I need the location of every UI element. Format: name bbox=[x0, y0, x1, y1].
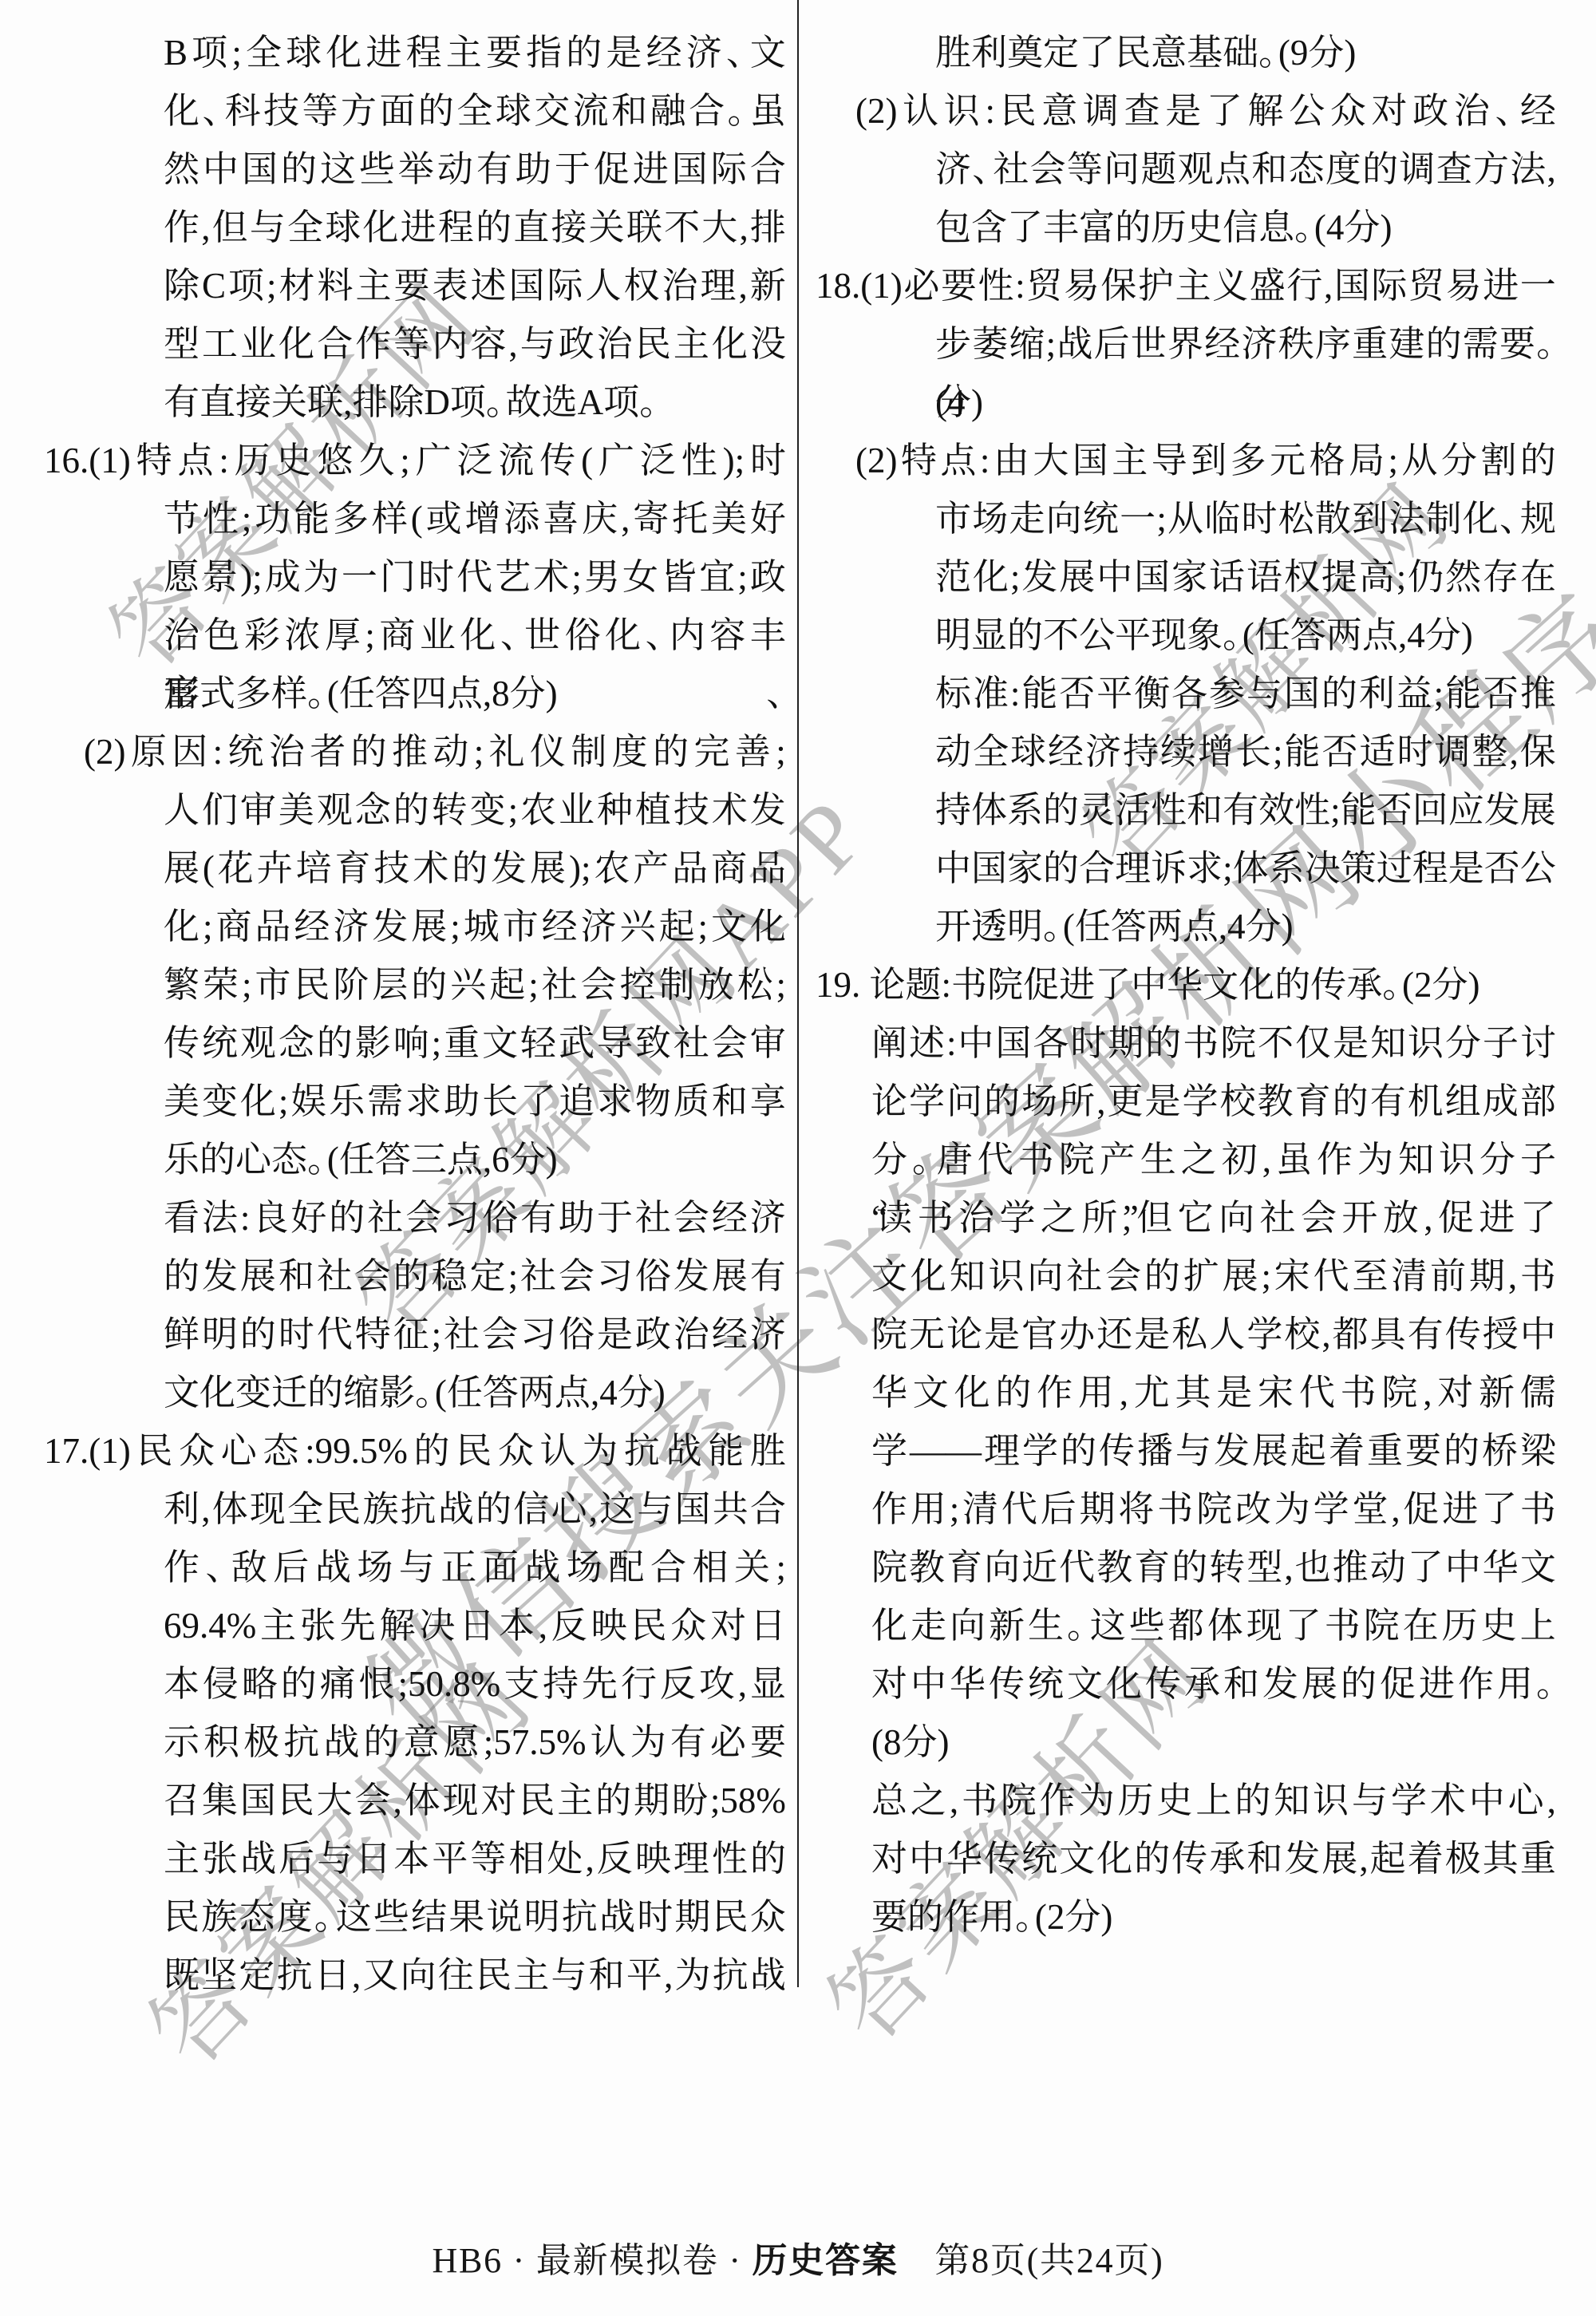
text-line: B项;全球化进程主要指的是经济、文 bbox=[164, 24, 786, 82]
text-line: 作、敌后战场与正面战场配合相关; bbox=[164, 1539, 786, 1597]
text-line: 对中华传统文化的传承和发展,起着极其重 bbox=[871, 1830, 1556, 1888]
text-line: 美变化;娱乐需求助长了追求物质和享 bbox=[164, 1073, 786, 1131]
text-line: 要的作用。(2分) bbox=[871, 1888, 1556, 1946]
text-line: 人们审美观念的转变;农业种植技术发 bbox=[164, 781, 786, 840]
text-line: 标准:能否平衡各参与国的利益;能否推 bbox=[935, 665, 1556, 723]
page-footer: HB6 · 最新模拟卷 · 历史答案 第8页(共24页) bbox=[0, 2231, 1596, 2282]
text-line: 包含了丰富的历史信息。(4分) bbox=[935, 199, 1556, 257]
text-line: 然中国的这些举动有助于促进国际合 bbox=[164, 140, 786, 199]
text-line: 18.(1)必要性:贸易保护主义盛行,国际贸易进一 bbox=[816, 257, 1556, 315]
answer-sheet-page: 答案解析网答案解析网APP答案解析网微信搜索关注答案解析网小程序答案解析网答案解… bbox=[0, 0, 1596, 2316]
text-line: 济、社会等问题观点和态度的调查方法, bbox=[935, 140, 1556, 199]
text-line: (2)特点:由大国主导到多元格局;从分割的 bbox=[855, 432, 1556, 490]
text-line: 召集国民大会,体现对民主的期盼;58% bbox=[164, 1772, 786, 1830]
text-line: 鲜明的时代特征;社会习俗是政治经济 bbox=[164, 1306, 786, 1364]
text-line: 16.(1)特点:历史悠久;广泛流传(广泛性);时 bbox=[44, 432, 786, 490]
text-line: 胜利奠定了民意基础。(9分) bbox=[935, 24, 1556, 82]
text-line: 阐述:中国各时期的书院不仅是知识分子讨 bbox=[871, 1014, 1556, 1073]
text-line: 学——理学的传播与发展起着重要的桥梁 bbox=[871, 1422, 1556, 1480]
text-line: 文化变迁的缩影。(任答两点,4分) bbox=[164, 1364, 786, 1422]
text-line: 展(花卉培育技术的发展);农产品商品 bbox=[164, 840, 786, 898]
text-line: 作,但与全球化进程的直接关联不大,排 bbox=[164, 199, 786, 257]
text-line: 的发展和社会的稳定;社会习俗发展有 bbox=[164, 1247, 786, 1306]
text-line: 院无论是官办还是私人学校,都具有传授中 bbox=[871, 1306, 1556, 1364]
text-line: 利,体现全民族抗战的信心,这与国共合 bbox=[164, 1480, 786, 1539]
text-line: 对中华传统文化传承和发展的促进作用。 bbox=[871, 1655, 1556, 1713]
text-line: 示积极抗战的意愿;57.5%认为有必要 bbox=[164, 1713, 786, 1772]
text-line: 主张战后与日本平等相处,反映理性的 bbox=[164, 1830, 786, 1888]
column-divider-rule bbox=[797, 0, 799, 1987]
left-text-column: B项;全球化进程主要指的是经济、文化、科技等方面的全球交流和融合。虽然中国的这些… bbox=[44, 24, 786, 2005]
text-line: 作用;清代后期将书院改为学堂,促进了书 bbox=[871, 1480, 1556, 1539]
text-line: 院教育向近代教育的转型,也推动了中华文 bbox=[871, 1539, 1556, 1597]
text-line: 分) bbox=[935, 373, 1556, 432]
text-line: 化走向新生。这些都体现了书院在历史上 bbox=[871, 1597, 1556, 1655]
text-line: 总之,书院作为历史上的知识与学术中心, bbox=[871, 1772, 1556, 1830]
text-line: 节性;功能多样(或增添喜庆,寄托美好 bbox=[164, 490, 786, 548]
footer-booklet-label: HB6 · 最新模拟卷 · bbox=[432, 2241, 752, 2280]
text-line: 治色彩浓厚;商业化、世俗化、内容丰富、 bbox=[164, 607, 786, 665]
text-line: 华文化的作用,尤其是宋代书院,对新儒 bbox=[871, 1364, 1556, 1422]
text-line: 看法:良好的社会习俗有助于社会经济 bbox=[164, 1189, 786, 1247]
text-line: 论学问的场所,更是学校教育的有机组成部 bbox=[871, 1073, 1556, 1131]
text-line: 69.4%主张先解决日本,反映民众对日 bbox=[164, 1597, 786, 1655]
text-line: 17.(1)民众心态:99.5%的民众认为抗战能胜 bbox=[44, 1422, 786, 1480]
text-line: 市场走向统一;从临时松散到法制化、规 bbox=[935, 490, 1556, 548]
text-line: 乐的心态。(任答三点,6分) bbox=[164, 1131, 786, 1189]
text-line: 动全球经济持续增长;能否适时调整,保 bbox=[935, 723, 1556, 781]
text-line: 化;商品经济发展;城市经济兴起;文化 bbox=[164, 898, 786, 956]
text-line: 愿景);成为一门时代艺术;男女皆宜;政 bbox=[164, 548, 786, 607]
text-line: 本侵略的痛恨;50.8%支持先行反攻,显 bbox=[164, 1655, 786, 1713]
text-line: 除C项;材料主要表述国际人权治理,新 bbox=[164, 257, 786, 315]
footer-page-number: 第8页(共24页) bbox=[899, 2241, 1164, 2280]
text-line: 分。唐代书院产生之初,虽作为知识分子 bbox=[871, 1131, 1556, 1189]
text-line: 既坚定抗日,又向往民主与和平,为抗战 bbox=[164, 1946, 786, 2005]
text-line: (8分) bbox=[871, 1713, 1556, 1772]
text-line: 开透明。(任答两点,4分) bbox=[935, 898, 1556, 956]
text-line: 繁荣;市民阶层的兴起;社会控制放松; bbox=[164, 956, 786, 1014]
text-line: 19. 论题:书院促进了中华文化的传承。(2分) bbox=[816, 956, 1556, 1014]
text-line: 文化知识向社会的扩展;宋代至清前期,书 bbox=[871, 1247, 1556, 1306]
text-line: 传统观念的影响;重文轻武导致社会审 bbox=[164, 1014, 786, 1073]
text-line: 步萎缩;战后世界经济秩序重建的需要。(4 bbox=[935, 315, 1556, 373]
text-line: 明显的不公平现象。(任答两点,4分) bbox=[935, 607, 1556, 665]
text-line: 持体系的灵活性和有效性;能否回应发展 bbox=[935, 781, 1556, 840]
text-line: (2)原因:统治者的推动;礼仪制度的完善; bbox=[84, 723, 786, 781]
text-line: “读书治学之所”,但它向社会开放,促进了 bbox=[871, 1189, 1556, 1247]
footer-subject-label: 历史答案 bbox=[753, 2241, 899, 2280]
text-line: 有直接关联,排除D项。故选A项。 bbox=[164, 373, 786, 432]
right-text-column: 胜利奠定了民意基础。(9分)(2)认识:民意调查是了解公众对政治、经济、社会等问… bbox=[816, 24, 1556, 1946]
text-line: 范化;发展中国家话语权提高;仍然存在 bbox=[935, 548, 1556, 607]
text-line: 型工业化合作等内容,与政治民主化没 bbox=[164, 315, 786, 373]
text-line: 民族态度。这些结果说明抗战时期民众 bbox=[164, 1888, 786, 1946]
text-line: (2)认识:民意调查是了解公众对政治、经 bbox=[855, 82, 1556, 140]
text-line: 化、科技等方面的全球交流和融合。虽 bbox=[164, 82, 786, 140]
text-line: 中国家的合理诉求;体系决策过程是否公 bbox=[935, 840, 1556, 898]
